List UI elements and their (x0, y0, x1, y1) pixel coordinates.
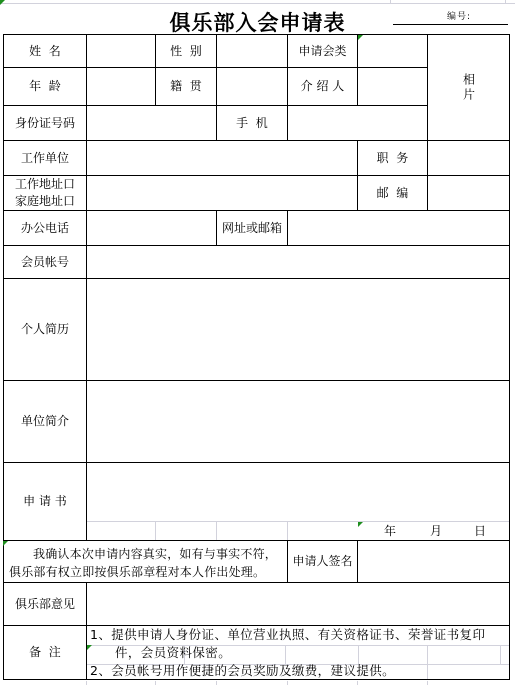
remarks-text: 1、提供申请人身份证、单位营业执照、有关资格证书、荣誉证书复印件，会员资料保密。… (86, 625, 510, 680)
signature-label: 申请人签名 (287, 540, 358, 583)
date-day-label: 日 (474, 522, 486, 539)
declaration-text: 我确认本次申请内容真实，如有与事实不符，俱乐部有权立即按俱乐部章程对本人作出处理… (3, 540, 288, 583)
age-label: 年 龄 (3, 67, 87, 106)
form-title: 俱乐部入会申请表 (0, 7, 515, 37)
member-account-input-cell[interactable] (86, 245, 510, 279)
member-class-input-cell[interactable] (357, 34, 428, 68)
gridline (216, 521, 217, 540)
address-label: 工作地址口 家庭地址口 (3, 175, 87, 211)
application-label: 申 请 书 (3, 462, 87, 541)
web-or-email-label: 网址或邮箱 (216, 210, 288, 246)
application-input-cell[interactable] (86, 462, 510, 541)
work-unit-label: 工作单位 (3, 140, 87, 176)
name-label: 姓 名 (3, 34, 87, 68)
member-account-label: 会员帐号 (3, 245, 87, 279)
photo-label: 相片 (462, 73, 476, 103)
name-input-cell[interactable] (86, 34, 156, 68)
gridline (86, 681, 87, 685)
signature-input-cell[interactable] (357, 540, 510, 583)
remark-item-1: 1、提供申请人身份证、单位营业执照、有关资格证书、荣誉证书复印件，会员资料保密。 (90, 626, 508, 662)
gridline (357, 681, 358, 685)
work-address-label: 工作地址口 (15, 176, 75, 193)
application-form-sheet: 俱乐部入会申请表 编号: 姓 名 性 别 申请会类 相片 年 龄 籍 贯 介 绍… (0, 0, 515, 685)
gridline (427, 681, 428, 685)
unit-profile-label: 单位简介 (3, 380, 87, 463)
cell-marker-icon (87, 645, 92, 650)
gridline (505, 0, 506, 3)
gender-input-cell[interactable] (216, 34, 288, 68)
id-number-input-cell[interactable] (86, 105, 217, 141)
club-opinion-input-cell[interactable] (86, 582, 510, 626)
introducer-input-cell[interactable] (357, 67, 428, 106)
member-class-label: 申请会类 (287, 34, 358, 68)
gridline (155, 681, 156, 685)
age-input-cell[interactable] (86, 67, 156, 106)
gridline (0, 3, 515, 4)
position-input-cell[interactable] (427, 140, 510, 176)
mobile-label: 手 机 (216, 105, 288, 141)
postcode-label: 邮 编 (357, 175, 428, 211)
remark-item-2: 2、会员帐号用作便捷的会员奖励及缴费，建议提供。 (90, 662, 508, 680)
club-opinion-label: 俱乐部意见 (3, 582, 87, 626)
gridline (390, 0, 391, 3)
gridline (155, 521, 156, 540)
number-input-line[interactable] (393, 24, 508, 25)
photo-box: 相片 (427, 34, 510, 141)
introducer-label: 介 绍 人 (287, 67, 358, 106)
home-address-label: 家庭地址口 (15, 193, 75, 210)
position-label: 职 务 (357, 140, 428, 176)
date-year-label: 年 (384, 522, 396, 539)
native-place-input-cell[interactable] (216, 67, 288, 106)
address-input-cell[interactable] (86, 175, 358, 211)
mobile-input-cell[interactable] (287, 105, 428, 141)
cell-marker-icon (0, 0, 5, 5)
id-number-label: 身份证号码 (3, 105, 87, 141)
gender-label: 性 别 (155, 34, 217, 68)
number-label: 编号: (447, 9, 471, 22)
cell-marker-icon (3, 541, 8, 546)
cell-marker-icon (358, 522, 363, 527)
remarks-label: 备 注 (3, 625, 87, 680)
resume-label: 个人简历 (3, 278, 87, 381)
web-or-email-input-cell[interactable] (287, 210, 510, 246)
work-unit-input-cell[interactable] (86, 140, 358, 176)
office-phone-label: 办公电话 (3, 210, 87, 246)
gridline (216, 681, 217, 685)
gridline (287, 681, 288, 685)
postcode-input-cell[interactable] (427, 175, 510, 211)
gridline (287, 521, 288, 540)
unit-profile-input-cell[interactable] (86, 380, 510, 463)
date-month-label: 月 (430, 522, 442, 539)
office-phone-input-cell[interactable] (86, 210, 217, 246)
gridline (87, 521, 509, 522)
cell-marker-icon (358, 35, 363, 40)
resume-input-cell[interactable] (86, 278, 510, 381)
native-place-label: 籍 贯 (155, 67, 217, 106)
